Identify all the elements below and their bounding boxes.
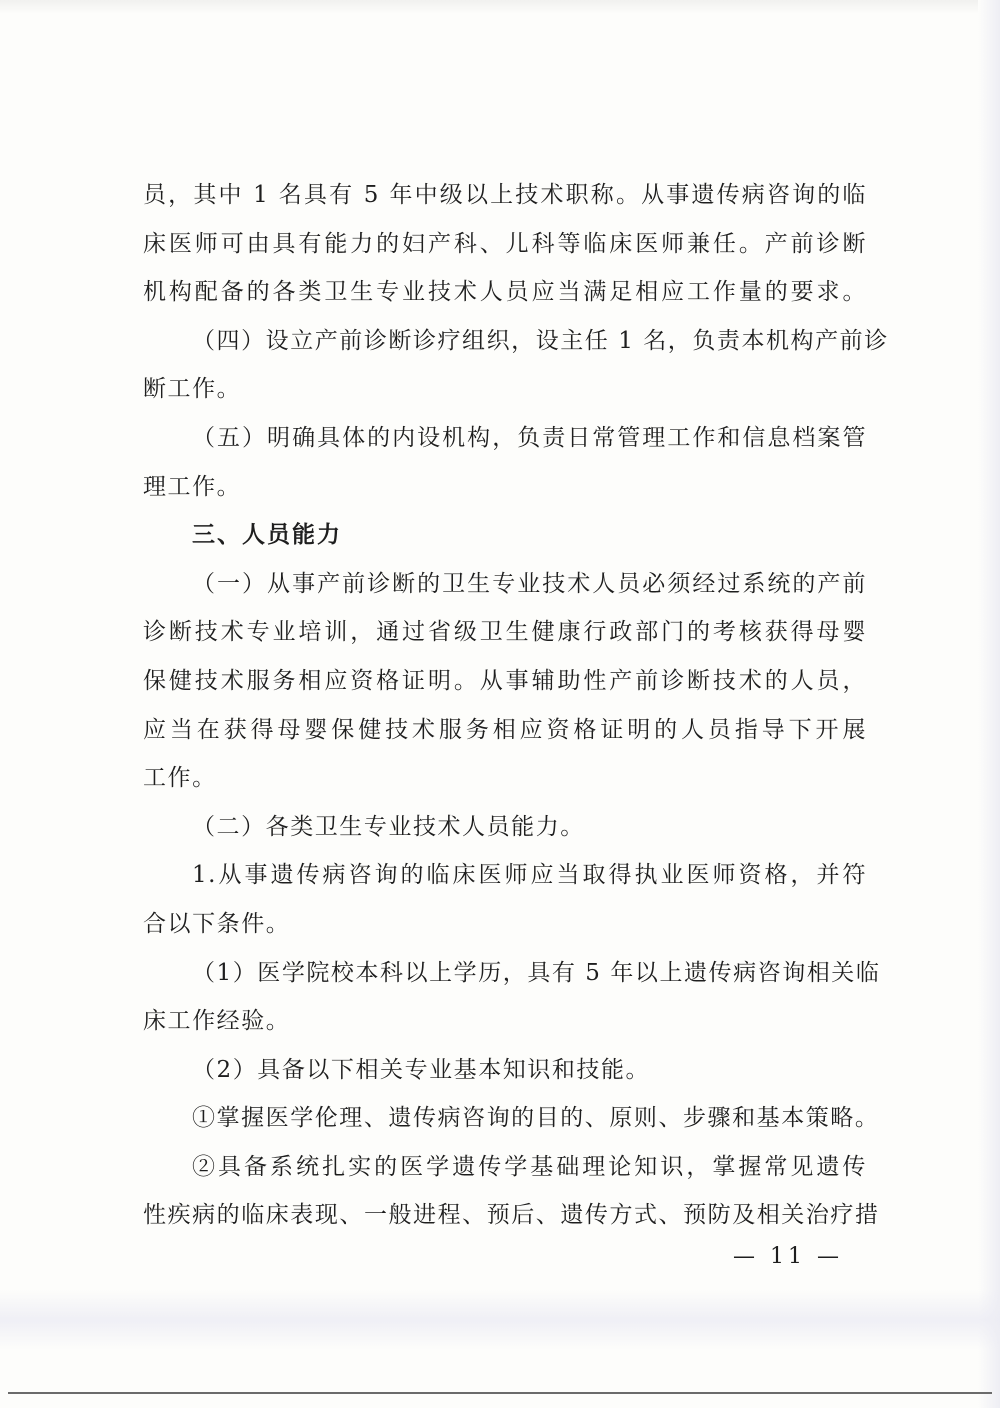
body-line: 诊断技术专业培训，通过省级卫生健康行政部门的考核获得母婴 (143, 613, 867, 662)
body-line: 机构配备的各类卫生专业技术人员应当满足相应工作量的要求。 (143, 273, 867, 322)
section-heading: 三、人员能力 (143, 516, 867, 565)
paragraph-two-line: （二）各类卫生专业技术人员能力。 (143, 808, 867, 857)
body-line: 理工作。 (143, 468, 867, 517)
body-line: 合以下条件。 (143, 905, 867, 954)
body-line: 工作。 (143, 759, 867, 808)
page-number: — 11 — (733, 1244, 843, 1269)
circled-item-2-line: ②具备系统扎实的医学遗传学基础理论知识，掌握常见遗传 (143, 1148, 867, 1197)
subitem-2-line: （2）具备以下相关专业基本知识和技能。 (143, 1051, 867, 1100)
body-line: 性疾病的临床表现、一般进程、预后、遗传方式、预防及相关治疗措 (143, 1196, 867, 1245)
subitem-1-line: （1）医学院校本科以上学历，具有 5 年以上遗传病咨询相关临 (143, 954, 867, 1003)
body-line: 保健技术服务相应资格证明。从事辅助性产前诊断技术的人员， (143, 662, 867, 711)
scan-right-edge (978, 0, 1000, 1408)
body-line: 床工作经验。 (143, 1002, 867, 1051)
scan-bottom-shade (0, 1290, 1000, 1350)
scan-bottom-edge-line (8, 1392, 992, 1394)
paragraph-four-line: （四）设立产前诊断诊疗组织，设主任 1 名，负责本机构产前诊 (143, 322, 867, 371)
body-line: 应当在获得母婴保健技术服务相应资格证明的人员指导下开展 (143, 711, 867, 760)
scan-top-edge (0, 0, 1000, 14)
paragraph-one-line: （一）从事产前诊断的卫生专业技术人员必须经过系统的产前 (143, 565, 867, 614)
circled-item-1-line: ①掌握医学伦理、遗传病咨询的目的、原则、步骤和基本策略。 (143, 1099, 867, 1148)
item-one-line: 1.从事遗传病咨询的临床医师应当取得执业医师资格，并符 (143, 856, 867, 905)
paragraph-five-line: （五）明确具体的内设机构，负责日常管理工作和信息档案管 (143, 419, 867, 468)
body-line: 员，其中 1 名具有 5 年中级以上技术职称。从事遗传病咨询的临 (143, 176, 867, 225)
body-line: 断工作。 (143, 370, 867, 419)
body-line: 床医师可由具有能力的妇产科、儿科等临床医师兼任。产前诊断 (143, 225, 867, 274)
document-body: 员，其中 1 名具有 5 年中级以上技术职称。从事遗传病咨询的临 床医师可由具有… (143, 176, 867, 1245)
